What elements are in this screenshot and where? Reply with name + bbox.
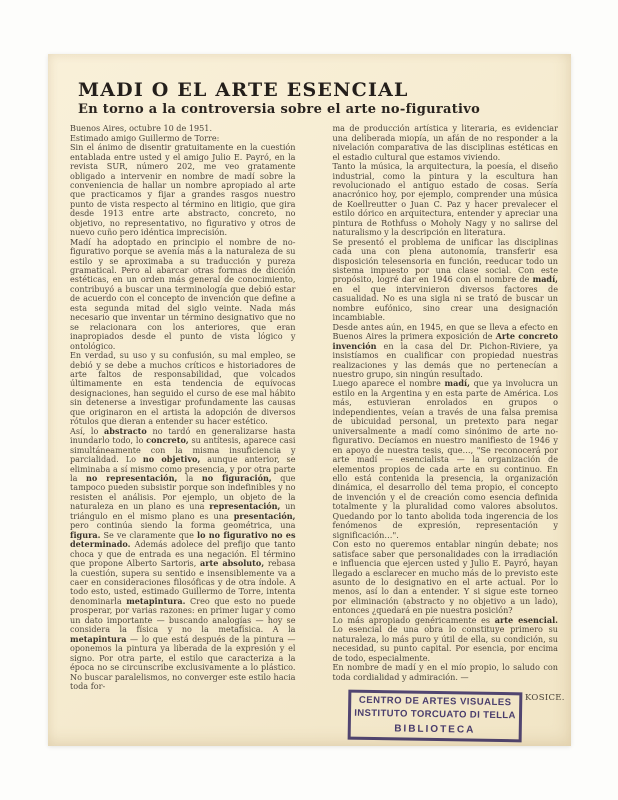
title-block: MADI O EL ARTE ESENCIAL En torno a la co… <box>48 54 571 117</box>
paragraph: Sin el ánimo de disentir gratuitamente e… <box>70 143 296 238</box>
page-subtitle: En torno a la controversia sobre el arte… <box>78 103 571 117</box>
paragraph: ma de producción artística y literaria, … <box>333 124 559 162</box>
library-stamp: CENTRO DE ARTES VISUALES INSTITUTO TORCU… <box>348 690 523 743</box>
stamp-line-3: BIBLIOTECA <box>351 721 519 739</box>
letter-body: Buenos Aires, octubre 10 de 1951.Estimad… <box>48 117 571 691</box>
paragraph: Desde antes aún, en 1945, en que se llev… <box>333 323 559 380</box>
left-column: Buenos Aires, octubre 10 de 1951.Estimad… <box>70 124 296 691</box>
paragraph: Madí ha adoptado en principio el nombre … <box>70 238 296 351</box>
paragraph: En verdad, su uso y su confusión, su mal… <box>70 351 296 427</box>
paragraph: Se presentó el problema de unificar las … <box>333 238 559 323</box>
right-column: ma de producción artística y literaria, … <box>333 124 559 691</box>
page-title: MADI O EL ARTE ESENCIAL <box>78 81 571 101</box>
paragraph: En nombre de madí y en el mío propio, lo… <box>333 663 559 682</box>
paragraph: Luego aparece el nombre madí, que ya inv… <box>333 379 559 540</box>
scanned-letter-page: MADI O EL ARTE ESENCIAL En torno a la co… <box>48 54 571 746</box>
stamp-line-2: INSTITUTO TORCUATO DI TELLA <box>351 707 519 724</box>
paragraph: Así, lo abstracto no tardó en generaliza… <box>70 427 296 692</box>
signature-kosice: KOSICE. <box>525 693 565 703</box>
paragraph: Con esto no queremos entablar ningún deb… <box>333 540 559 616</box>
paragraph: Lo más apropiado genéricamente es arte e… <box>333 616 559 663</box>
paragraph: Tanto la música, la arquitectura, la poe… <box>333 162 559 238</box>
scan-background: MADI O EL ARTE ESENCIAL En torno a la co… <box>0 0 618 800</box>
